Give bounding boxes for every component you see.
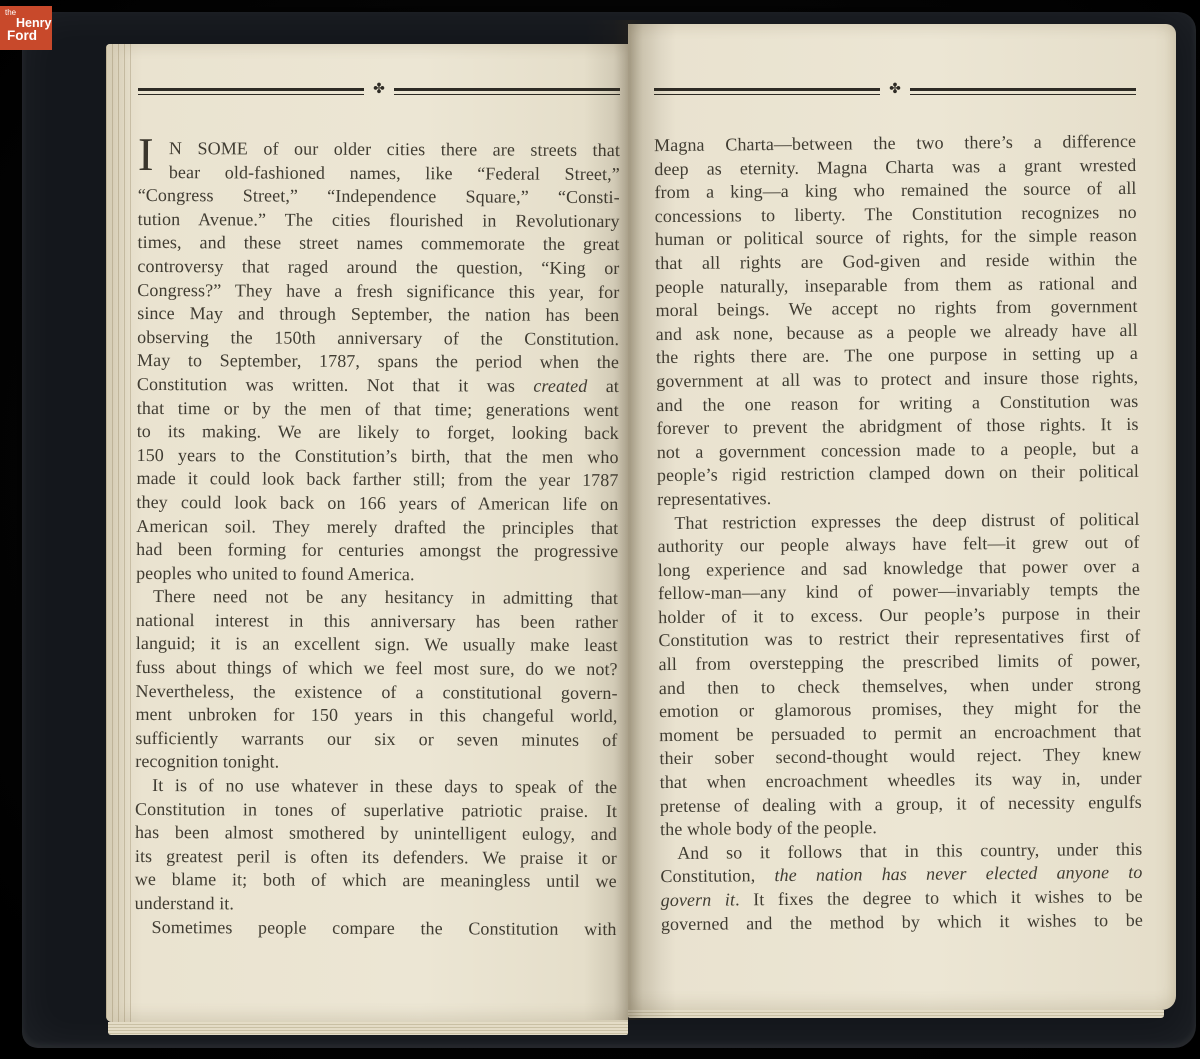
text-line: its greatest peril is often its defender… <box>135 845 617 871</box>
text-line: Sometimes people compare the Constitutio… <box>135 916 617 942</box>
right-page: ✤ Magna Charta—between the two there’s a… <box>628 24 1176 1010</box>
text-line: has been almost smothered by unintellige… <box>135 821 617 847</box>
text-line: observing the 150th anniversary of the C… <box>137 326 619 352</box>
right-page-ornament: ✤ <box>654 84 1136 98</box>
text-line: fuss about things of which we feel most … <box>136 656 618 682</box>
text-line: they could look back on 166 years of Ame… <box>136 491 618 517</box>
text-line: to its making. We are likely to forget, … <box>137 420 619 446</box>
drop-cap: I <box>138 132 154 179</box>
text-line: recognition tonight. <box>135 750 617 776</box>
text-line: made it could look back farther still; f… <box>136 467 618 493</box>
text-line: May to September, 1787, spans the period… <box>137 349 619 375</box>
page-edge-stack <box>628 1010 1164 1018</box>
text-line: languid; it is an excellent sign. We usu… <box>136 632 618 658</box>
left-page: ✤ I N SOME of our older cities there are… <box>106 44 628 1022</box>
text-line: tution Avenue.” The cities flourished in… <box>138 208 620 234</box>
text-line: we blame it; both of which are meaningle… <box>135 868 617 894</box>
text-line: Congress?” They have a fresh significanc… <box>137 279 619 305</box>
ornament-rule <box>654 88 880 95</box>
text-line: pretense of dealing with a group, it of … <box>660 790 1142 818</box>
text-line: national interest in this anniversary ha… <box>136 609 618 635</box>
ornament-rule <box>138 88 364 95</box>
text-line: that all rights are God-given and reside… <box>655 248 1137 276</box>
text-line: that time or by the men of that time; ge… <box>137 396 619 422</box>
text-line: 150 years to the Constitution’s birth, t… <box>137 444 619 470</box>
text-line: government at all was to protect and ins… <box>656 366 1138 394</box>
logo-ford: Ford <box>7 29 52 42</box>
left-page-ornament: ✤ <box>138 84 620 98</box>
text-line: Nevertheless, the existence of a constit… <box>136 680 618 706</box>
text-line: times, and these street names commemorat… <box>137 231 619 257</box>
text-line: American soil. They merely drafted the p… <box>136 514 618 540</box>
text-line: N SOME of our older cities there are str… <box>138 137 620 163</box>
text-line: understand it. <box>135 892 617 918</box>
text-line: people’s rigid restriction clamped down … <box>657 460 1139 488</box>
text-line: since May and through September, the nat… <box>137 302 619 328</box>
text-line: sufficiently warrants our six or seven m… <box>135 727 617 753</box>
ornament-rule <box>394 88 620 95</box>
text-line: Constitution in tones of superlative pat… <box>135 798 617 824</box>
text-line: peoples who united to found America. <box>136 562 618 588</box>
text-line: There need not be any hesitancy in admit… <box>136 585 618 611</box>
text-line: It is of no use whatever in these days t… <box>135 774 617 800</box>
ornament-rule <box>910 88 1136 95</box>
text-line: controversy that raged around the questi… <box>137 255 619 281</box>
henry-ford-logo: the Henry Ford <box>0 6 52 50</box>
fleuron-icon: ✤ <box>889 82 901 96</box>
text-line: bear old-fashioned names, like “Federal … <box>138 161 620 187</box>
text-line: “Congress Street,” “Independence Square,… <box>138 184 620 210</box>
right-page-text: Magna Charta—between the two there’s a d… <box>654 130 1143 936</box>
left-page-text: I N SOME of our older cities there are s… <box>135 137 620 941</box>
text-line: ment unbroken for 150 years in this chan… <box>135 703 617 729</box>
text-line: governed and the method by which it wish… <box>661 908 1143 936</box>
page-edge-stack <box>108 1022 628 1035</box>
text-line: had been forming for centuries amongst t… <box>136 538 618 564</box>
fleuron-icon: ✤ <box>373 82 385 96</box>
text-line: Constitution was written. Not that it wa… <box>137 373 619 399</box>
